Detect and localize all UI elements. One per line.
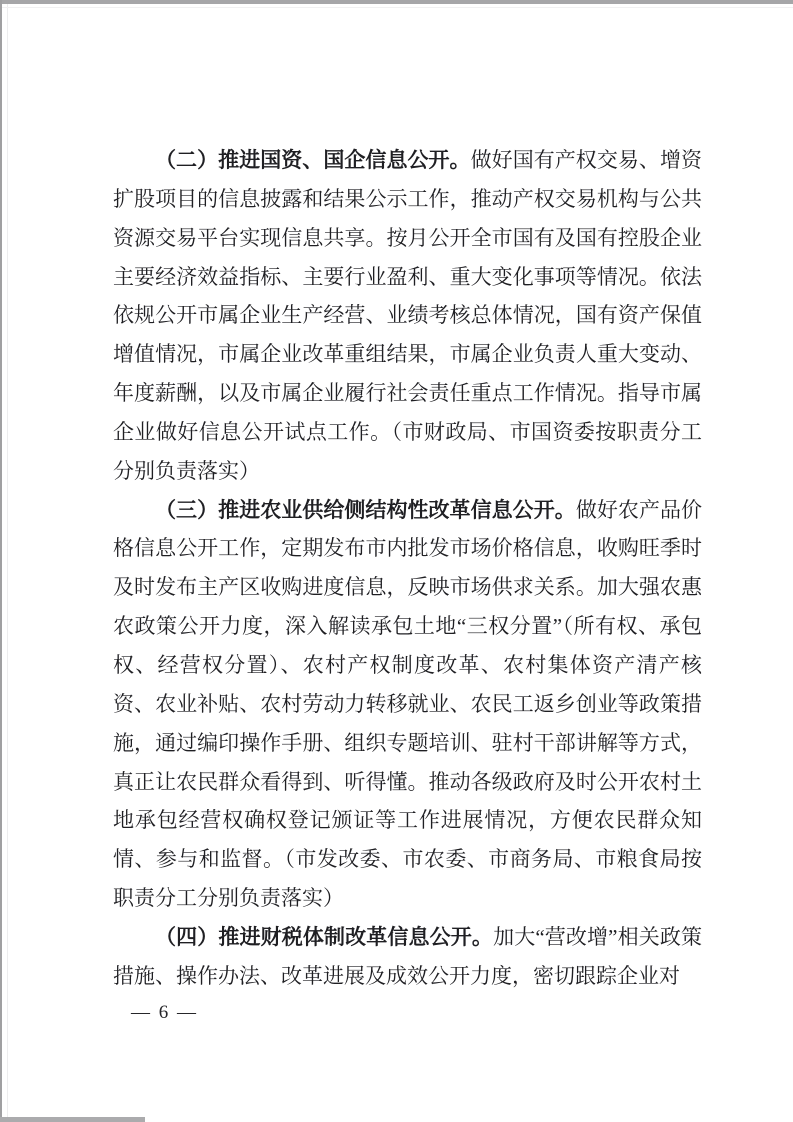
paragraph-section-4: （四）推进财税体制改革信息公开。加大“营改增”相关政策措施、操作办法、改革进展及…	[113, 918, 702, 996]
paragraph-section-3: （三）推进农业供给侧结构性改革信息公开。做好农产品价格信息公开工作，定期发布市内…	[113, 491, 702, 918]
scan-edge-left	[0, 0, 2, 1122]
paragraph-heading: （四）推进财税体制改革信息公开。	[155, 925, 493, 949]
document-page: （二）推进国资、国企信息公开。做好国有产权交易、增资扩股项目的信息披露和结果公示…	[0, 0, 793, 1122]
scan-edge-inner-vertical	[7, 4, 8, 1122]
page-number: — 6 —	[131, 1001, 198, 1025]
paragraph-heading: （二）推进国资、国企信息公开。	[155, 148, 471, 172]
paragraph-text: 做好国有产权交易、增资扩股项目的信息披露和结果公示工作，推动产权交易机构与公共资…	[113, 148, 702, 483]
scan-edge-inner-horizontal	[2, 7, 793, 8]
paragraph-section-2: （二）推进国资、国企信息公开。做好国有产权交易、增资扩股项目的信息披露和结果公示…	[113, 141, 702, 491]
paragraph-text: 做好农产品价格信息公开工作，定期发布市内批发市场价格信息，收购旺季时及时发布主产…	[113, 498, 702, 910]
document-body: （二）推进国资、国企信息公开。做好国有产权交易、增资扩股项目的信息披露和结果公示…	[113, 141, 702, 996]
scan-edge-bottom-left	[0, 1117, 145, 1122]
paragraph-heading: （三）推进农业供给侧结构性改革信息公开。	[155, 498, 576, 522]
scan-edge-top	[0, 0, 793, 4]
